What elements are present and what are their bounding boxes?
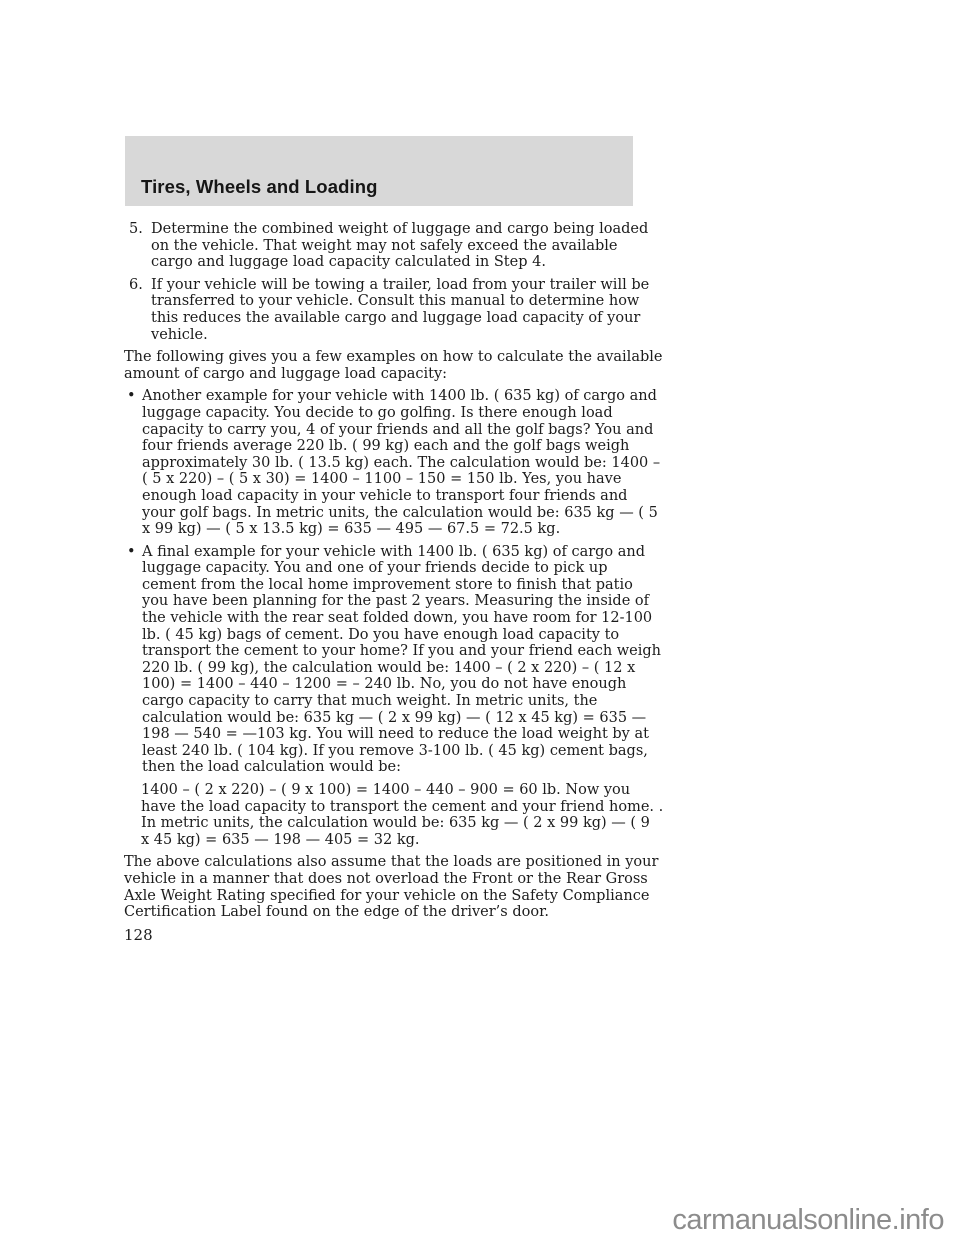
text-line: you have been planning for the past 2 ye… — [142, 593, 661, 610]
text-line: 100) = 1400 – 440 – 1200 = – 240 lb. No,… — [142, 676, 661, 693]
numbered-list-item: 6.If your vehicle will be towing a trail… — [124, 277, 640, 343]
page-number: 128 — [124, 926, 153, 944]
paragraph: The above calculations also assume that … — [124, 854, 640, 920]
text-line: transferred to your vehicle. Consult thi… — [151, 293, 649, 310]
bullet-list-item: •Another example for your vehicle with 1… — [124, 388, 640, 537]
text-line: cargo and luggage load capacity calculat… — [151, 254, 648, 271]
text-line: approximately 30 lb. ( 13.5 kg) each. Th… — [142, 455, 660, 472]
text-line: have the load capacity to transport the … — [141, 799, 640, 816]
text-line: In metric units, the calculation would b… — [141, 815, 640, 832]
text-line: Another example for your vehicle with 14… — [142, 388, 660, 405]
text-line: lb. ( 45 kg) bags of cement. Do you have… — [142, 627, 661, 644]
text-line: ( 5 x 220) – ( 5 x 30) = 1400 – 1100 – 1… — [142, 471, 660, 488]
text-line: Axle Weight Rating specified for your ve… — [124, 888, 640, 905]
list-item-text: Another example for your vehicle with 14… — [142, 388, 660, 537]
list-number: 6. — [124, 277, 151, 343]
text-line: If your vehicle will be towing a trailer… — [151, 277, 649, 294]
bullet-icon: • — [124, 544, 142, 776]
paragraph: The following gives you a few examples o… — [124, 349, 640, 382]
text-line: the vehicle with the rear seat folded do… — [142, 610, 661, 627]
list-item-text: If your vehicle will be towing a trailer… — [151, 277, 649, 343]
text-line: amount of cargo and luggage load capacit… — [124, 366, 640, 383]
text-line: calculation would be: 635 kg — ( 2 x 99 … — [142, 710, 661, 727]
manual-body-text: 5.Determine the combined weight of lugga… — [124, 221, 640, 921]
manual-page: Tires, Wheels and Loading 5.Determine th… — [0, 0, 960, 1242]
text-line: cement from the local home improvement s… — [142, 577, 661, 594]
list-item-text: Determine the combined weight of luggage… — [151, 221, 648, 271]
numbered-list-item: 5.Determine the combined weight of lugga… — [124, 221, 640, 271]
text-line: luggage capacity. You and one of your fr… — [142, 560, 661, 577]
text-line: A final example for your vehicle with 14… — [142, 544, 661, 561]
text-line: transport the cement to your home? If yo… — [142, 643, 661, 660]
section-title: Tires, Wheels and Loading — [141, 176, 378, 198]
text-line: 1400 – ( 2 x 220) – ( 9 x 100) = 1400 – … — [141, 782, 640, 799]
text-line: your golf bags. In metric units, the cal… — [142, 505, 660, 522]
text-line: Certification Label found on the edge of… — [124, 904, 640, 921]
text-line: vehicle. — [151, 327, 649, 344]
list-number: 5. — [124, 221, 151, 271]
text-line: vehicle in a manner that does not overlo… — [124, 871, 640, 888]
text-line: The above calculations also assume that … — [124, 854, 640, 871]
text-line: then the load calculation would be: — [142, 759, 661, 776]
text-line: this reduces the available cargo and lug… — [151, 310, 649, 327]
text-line: 220 lb. ( 99 kg), the calculation would … — [142, 660, 661, 677]
text-line: least 240 lb. ( 104 kg). If you remove 3… — [142, 743, 661, 760]
bullet-icon: • — [124, 388, 142, 537]
section-header-bar: Tires, Wheels and Loading — [125, 136, 633, 206]
text-line: cargo capacity to carry that much weight… — [142, 693, 661, 710]
text-line: 198 — 540 = —103 kg. You will need to re… — [142, 726, 661, 743]
text-line: x 45 kg) = 635 — 198 — 405 = 32 kg. — [141, 832, 640, 849]
text-line: x 99 kg) — ( 5 x 13.5 kg) = 635 — 495 — … — [142, 521, 660, 538]
text-line: enough load capacity in your vehicle to … — [142, 488, 660, 505]
bullet-list-item: •A final example for your vehicle with 1… — [124, 544, 640, 776]
text-line: Determine the combined weight of luggage… — [151, 221, 648, 238]
list-item-text: A final example for your vehicle with 14… — [142, 544, 661, 776]
text-line: capacity to carry you, 4 of your friends… — [142, 422, 660, 439]
paragraph: 1400 – ( 2 x 220) – ( 9 x 100) = 1400 – … — [124, 782, 640, 848]
text-line: The following gives you a few examples o… — [124, 349, 640, 366]
text-line: luggage capacity. You decide to go golfi… — [142, 405, 660, 422]
text-line: on the vehicle. That weight may not safe… — [151, 238, 648, 255]
text-line: four friends average 220 lb. ( 99 kg) ea… — [142, 438, 660, 455]
watermark-text: carmanualsonline.info — [672, 1204, 944, 1237]
